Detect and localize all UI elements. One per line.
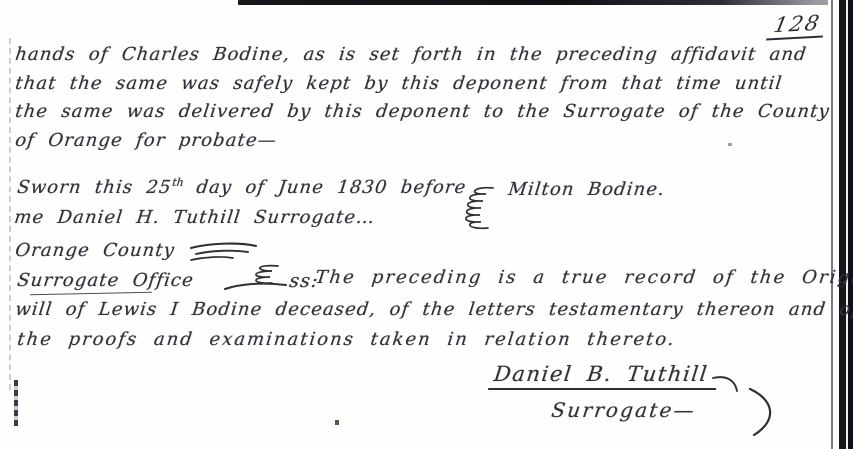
certification-line: The preceding is a true record of the Or… — [314, 267, 853, 288]
manuscript-line: hands of Charles Bodine, as is set forth… — [14, 44, 808, 65]
coil-flourish-icon — [459, 184, 497, 236]
left-margin-line — [9, 38, 11, 390]
left-margin-ink-fragment — [14, 380, 18, 426]
page-number: 128 — [766, 11, 828, 41]
closing-paren-flourish-icon — [744, 386, 788, 438]
signature-hook-icon — [712, 372, 740, 394]
office-underline-stroke — [30, 292, 152, 296]
venue-office: Surrogate Office — [16, 270, 195, 291]
jurat-line: Sworn this 25th day of June 1830 before — [16, 176, 468, 198]
ink-speck — [335, 420, 339, 425]
witness-signature: Milton Bodine. — [507, 179, 666, 200]
jurat-sworn-suffix: day of June 1830 before — [182, 177, 468, 198]
venue-county: Orange County — [14, 240, 176, 261]
surrogate-signature-name: Daniel B. Tuthill — [488, 362, 719, 390]
certification-line: the proofs and examinations taken in rel… — [16, 329, 677, 350]
certification-line: will of Lewis I Bodine deceased, of the … — [14, 299, 853, 320]
manuscript-line: of Orange for probate— — [14, 130, 278, 151]
manuscript-line: that the same was safely kept by this de… — [14, 73, 784, 94]
scan-edge-bar — [238, 0, 828, 5]
office-flourish-icon — [224, 260, 288, 294]
jurat-sworn-prefix: Sworn this 25 — [16, 177, 173, 198]
jurat-line-2: me Daniel H. Tuthill Surrogate… — [13, 207, 376, 228]
surrogate-signature-title: Surrogate— — [550, 398, 697, 422]
book-binding-edge — [826, 0, 853, 449]
scanned-manuscript-page: 128 hands of Charles Bodine, as is set f… — [0, 0, 853, 449]
ink-speck — [728, 143, 732, 146]
manuscript-line: the same was delivered by this deponent … — [14, 101, 831, 122]
